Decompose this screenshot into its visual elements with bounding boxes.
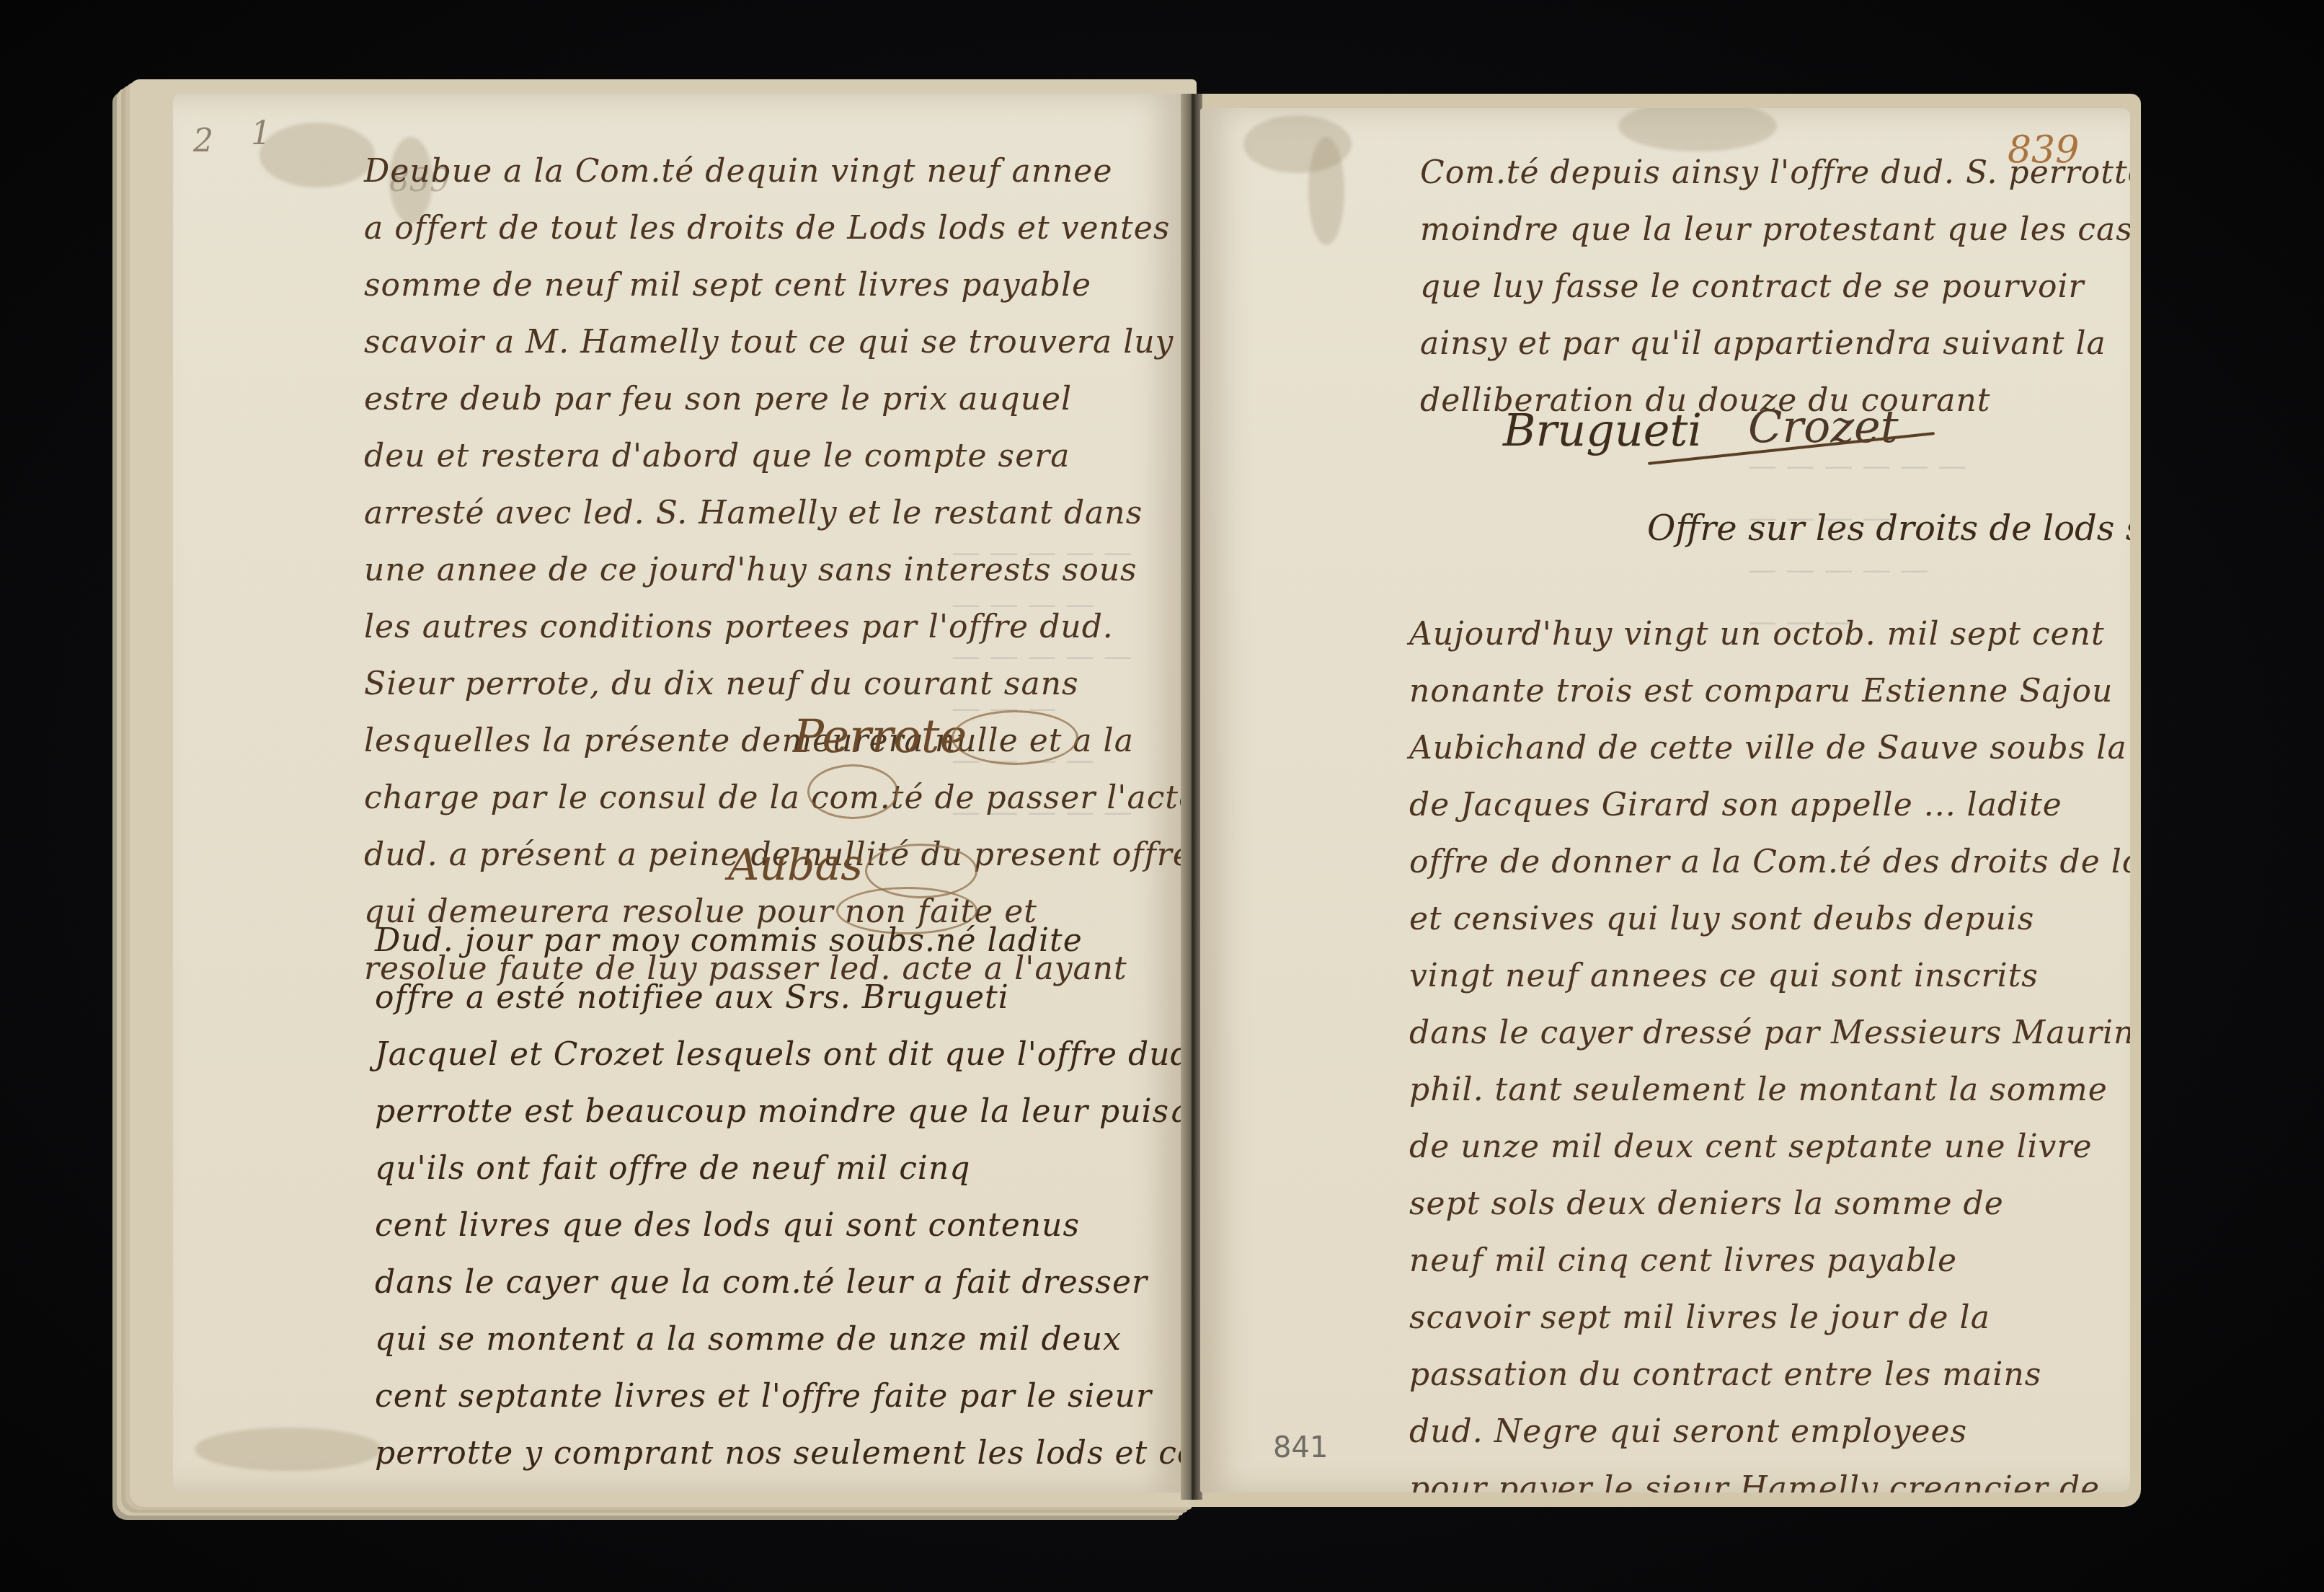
text-line: moindre que la leur protestant que les c…	[1420, 201, 2130, 258]
text-line: offre de donner a la Com.té des droits d…	[1409, 833, 2130, 890]
text-line: de Jacques Girard son appelle ... ladite	[1409, 777, 2130, 833]
corner-mark: 1	[251, 115, 271, 152]
text-line: estre deub par feu son pere le prix auqu…	[364, 371, 1182, 428]
text-line: perrotte est beaucoup moindre que la leu…	[375, 1083, 1182, 1140]
left-page-notification-block: Dud. jour par moy commis soubs.né ladite…	[375, 912, 1182, 1492]
text-line: Sieur perrote, du dix neuf du courant sa…	[364, 655, 1182, 712]
text-line: a offert de tout les droits de Lods lods…	[364, 200, 1182, 257]
text-line: deu et restera d'abord que le compte ser…	[364, 428, 1182, 485]
corner-mark: 2	[193, 123, 213, 159]
text-line: charge par le consul de la com.té de pas…	[364, 769, 1182, 826]
water-stain	[260, 123, 375, 187]
text-line: une annee de ce jourd'huy sans interests…	[364, 541, 1182, 598]
text-line: dud. Negre qui seront employees	[1409, 1403, 2130, 1460]
text-line: les autres conditions portees par l'offr…	[364, 598, 1182, 655]
text-line: ainsy et par qu'il appartiendra suivant …	[1420, 315, 2130, 372]
text-line: Jacquel et Crozet lesquels ont dit que l…	[375, 1026, 1182, 1083]
text-line: scavoir sept mil livres le jour de la	[1409, 1289, 2130, 1346]
text-line: cent livres que des lods qui sont conten…	[375, 1197, 1182, 1254]
text-line: qu'ils ont fait offre de neuf mil cinq	[375, 1140, 1182, 1197]
folio-number: 841	[1273, 1431, 1328, 1464]
text-line: scavoir a M. Hamelly tout ce qui se trou…	[364, 314, 1182, 371]
water-stain	[195, 1428, 382, 1471]
text-line: nonante trois est comparu Estienne Sajou	[1409, 663, 2130, 720]
text-line: phil. tant seulement le montant la somme	[1409, 1061, 2130, 1118]
text-line: Dud. jour par moy commis soubs.né ladite	[375, 912, 1182, 969]
text-line: dans le cayer dressé par Messieurs Mauri…	[1409, 1004, 2130, 1061]
right-page: 839 Com.té depuis ainsy l'offre dud. S. …	[1200, 108, 2130, 1492]
text-line: pour payer le sieur Hamelly creancier de	[1409, 1460, 2130, 1492]
signature-brugueti: Brugueti	[1503, 404, 1702, 456]
text-line: dans le cayer que la com.té leur a fait …	[375, 1254, 1182, 1311]
text-line: passation du contract entre les mains	[1409, 1346, 2130, 1403]
text-line: qui se montent a la somme de unze mil de…	[375, 1311, 1182, 1368]
text-line: neuf mil cinq cent livres payable	[1409, 1232, 2130, 1289]
book-gutter	[1181, 94, 1202, 1500]
signature-perrote: Perrote	[793, 710, 967, 764]
text-line: sept sols deux deniers la somme de	[1409, 1175, 2130, 1232]
text-line: Aubichand de cette ville de Sauve soubs …	[1409, 720, 2130, 777]
signature-flourish	[952, 710, 1078, 765]
text-line: arresté avec led. S. Hamelly et le resta…	[364, 485, 1182, 541]
bleed-through-text: — — — — — —— — — —— — — — —— — —	[1748, 440, 1967, 647]
signature-paraph	[807, 764, 898, 819]
text-line: contenues dans les cayers mais encore to…	[375, 1482, 1182, 1492]
right-page-top-block: Com.té depuis ainsy l'offre dud. S. perr…	[1420, 144, 2130, 429]
text-line: que luy fasse le contract de se pourvoir	[1420, 258, 2130, 315]
text-line: Com.té depuis ainsy l'offre dud. S. perr…	[1420, 144, 2130, 201]
left-page: 2 1 839 — — — — —— — — —— — — — —— — —— …	[173, 94, 1182, 1492]
water-stain	[1308, 137, 1344, 245]
text-line: offre a esté notifiee aux Srs. Brugueti	[375, 969, 1182, 1026]
signature-aubas: Aubas	[728, 840, 863, 890]
text-line: perrotte y comprant nos seulement les lo…	[375, 1425, 1182, 1482]
text-line: vingt neuf annees ce qui sont inscrits	[1409, 947, 2130, 1004]
right-page-body-block: Aujourd'huy vingt un octob. mil sept cen…	[1409, 606, 2130, 1492]
text-line: Deubue a la Com.té dequin vingt neuf ann…	[364, 143, 1182, 200]
text-line: cent septante livres et l'offre faite pa…	[375, 1368, 1182, 1425]
text-line: et censives qui luy sont deubs depuis	[1409, 890, 2130, 947]
text-line: de unze mil deux cent septante une livre	[1409, 1118, 2130, 1175]
text-line: somme de neuf mil sept cent livres payab…	[364, 257, 1182, 314]
